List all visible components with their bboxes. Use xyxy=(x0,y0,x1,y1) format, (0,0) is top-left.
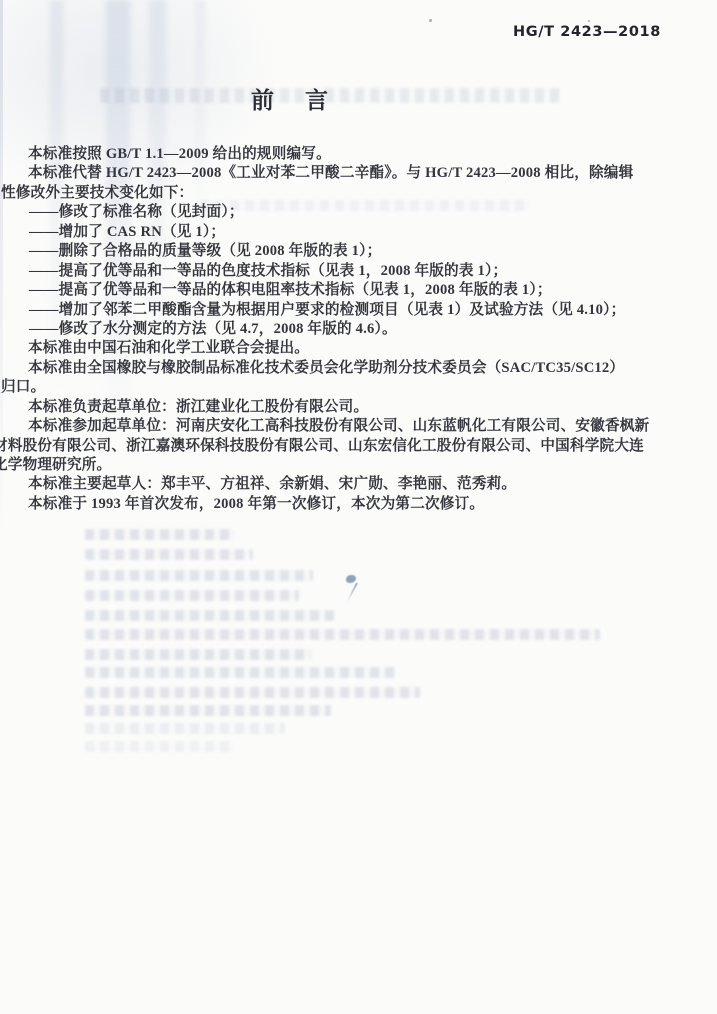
text-line: 化学物理研究所。 xyxy=(0,456,717,475)
text-line: 归口。 xyxy=(0,378,717,397)
standard-number: HG/T 2423—2018 xyxy=(513,24,661,40)
text-line: 本标准按照 GB/T 1.1—2009 给出的规则编写。 xyxy=(0,145,717,164)
ink-speck-tail xyxy=(346,583,357,602)
text-line: ——增加了邻苯二甲酸酯含量为根据用户要求的检测项目（见表 1）及试验方法（见 4… xyxy=(0,301,717,320)
bleed-through-line xyxy=(85,741,235,752)
bleed-through-line xyxy=(85,529,235,540)
text-line: ——增加了 CAS RN（见 1）； xyxy=(0,223,717,242)
bleed-through-line xyxy=(85,723,285,734)
bleed-through-line xyxy=(85,687,420,698)
text-line: 本标准由全国橡胶与橡胶制品标准化技术委员会化学助剂分技术委员会（SAC/TC35… xyxy=(0,359,717,378)
text-line: 本标准代替 HG/T 2423—2008《工业对苯二甲酸二辛酯》。与 HG/T … xyxy=(0,164,717,183)
text-line: 材料股份有限公司、浙江嘉澳环保科技股份有限公司、山东宏信化工股份有限公司、中国科… xyxy=(0,437,717,456)
bleed-through-line xyxy=(85,570,313,581)
bleed-through-line xyxy=(85,667,395,678)
bleed-through-line xyxy=(85,549,253,560)
text-line: 本标准参加起草单位：河南庆安化工高科技股份有限公司、山东蓝帆化工有限公司、安徽香… xyxy=(0,417,717,436)
scan-dot xyxy=(429,19,432,22)
scanned-standard-page: HG/T 2423—2018 前言 本标准按照 GB/T 1.1—2009 给出… xyxy=(0,0,717,1014)
page-title: 前言 xyxy=(251,82,359,115)
text-line: 本标准由中国石油和化学工业联合会提出。 xyxy=(0,339,717,358)
text-line: 本标准主要起草人：郑丰平、方祖祥、余新娟、宋广勋、李艳丽、范秀莉。 xyxy=(0,475,717,494)
bleed-through-line xyxy=(85,705,331,716)
text-line: ——提高了优等品和一等品的色度技术指标（见表 1，2008 年版的表 1）； xyxy=(0,262,717,281)
foreword-body: 本标准按照 GB/T 1.1—2009 给出的规则编写。本标准代替 HG/T 2… xyxy=(0,145,717,514)
bleed-through-line xyxy=(85,649,311,660)
text-line: ——提高了优等品和一等品的体积电阻率技术指标（见表 1，2008 年版的表 1）… xyxy=(0,281,717,300)
bleed-through-line xyxy=(85,629,600,640)
scan-dot xyxy=(588,20,590,22)
text-line: ——修改了标准名称（见封面）； xyxy=(0,203,717,222)
text-line: 本标准于 1993 年首次发布，2008 年第一次修订，本次为第二次修订。 xyxy=(0,495,717,514)
text-line: 本标准负责起草单位：浙江建业化工股份有限公司。 xyxy=(0,398,717,417)
text-line: ——修改了水分测定的方法（见 4.7，2008 年版的 4.6）。 xyxy=(0,320,717,339)
bleed-through-line xyxy=(85,610,335,621)
ink-speck xyxy=(346,575,356,583)
text-line: ——删除了合格品的质量等级（见 2008 年版的表 1）； xyxy=(0,242,717,261)
text-line: 性修改外主要技术变化如下： xyxy=(0,184,717,203)
bleed-through-line xyxy=(85,590,299,601)
